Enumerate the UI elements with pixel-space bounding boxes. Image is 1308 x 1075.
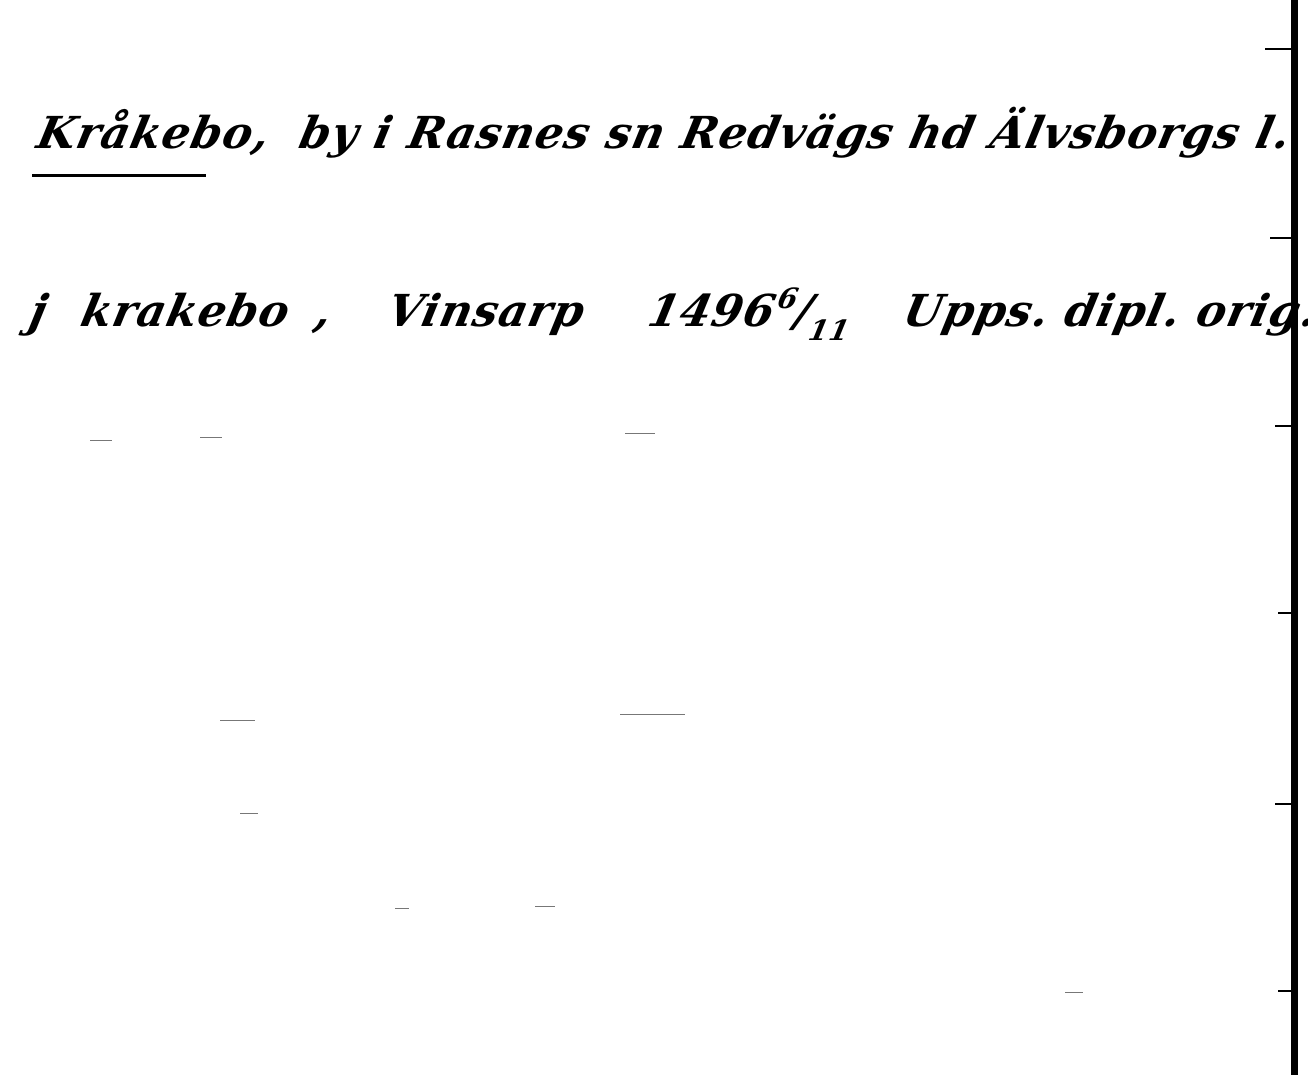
scan-speck [625,433,655,434]
scan-speck [200,437,222,438]
citation-place: Vinsarp [383,286,590,337]
edge-tick [1265,48,1292,50]
edge-tick [1270,237,1292,239]
scan-speck [1065,992,1083,993]
scan-speck [395,908,409,909]
citation-line: j krakebo, Vinsarp 14966/11 Upps. dipl. … [23,282,1308,347]
scan-speck [220,720,255,721]
index-card: Kråkebo, by i Rasnes sn Redvägs hd Älvsb… [0,0,1308,1075]
citation-prefix: j [25,286,53,337]
citation-date: 14966/11 [644,286,876,337]
entry-description: by i Rasnes sn Redvägs hd Älvsborgs l. [295,108,1296,159]
headword: Kråkebo [33,108,259,159]
entry-line: Kråkebo, by i Rasnes sn Redvägs hd Älvsb… [33,108,1296,159]
headword-underline [32,174,206,177]
edge-tick [1278,612,1292,614]
scan-speck [90,440,112,441]
edge-tick [1275,803,1292,805]
citation-form: krakebo [76,286,295,337]
scan-speck [620,714,685,715]
comma: , [310,286,337,337]
edge-tick [1278,990,1292,992]
scan-speck [240,813,258,814]
citation-year: 1496 [644,286,781,337]
card-edge-border [1291,0,1298,1075]
scan-speck [535,906,555,907]
edge-tick [1275,425,1292,427]
citation-source: Upps. dipl. orig. [899,286,1308,337]
citation-month: 11 [805,314,853,347]
